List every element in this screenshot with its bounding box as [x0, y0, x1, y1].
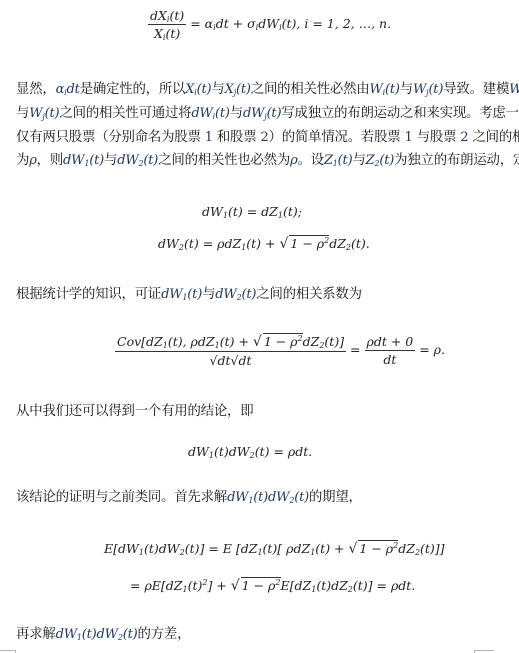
equation-5-line-2: = ρE[dZ1(t)2] + √1 − ρ2E[dZ1(t)dZ2(t)] =… [130, 577, 415, 594]
sqrt-icon: √ [349, 541, 358, 557]
equation-4: dW1(t)dW2(t) = ρdt. [188, 444, 312, 459]
equation-2-line-2: dW2(t) = ρdZ1(t) + √1 − ρ2dZ2(t). [158, 235, 370, 252]
paragraph-2: 根据统计学的知识，可证dW1(t)与dW2(t)之间的相关系数为 [16, 287, 362, 303]
sqrt-icon: √ [231, 578, 240, 594]
paragraph-1-line-2: 与Wj(t)之间的相关性可通过将dWi(t)与dWj(t)写成独立的布朗运动之和… [16, 106, 519, 122]
page-corner-mark-left [0, 650, 15, 651]
eq3-fraction-2: ρdt + 0 dt [365, 334, 416, 367]
paragraph-1-line-4: 为ρ，则dW1(t)与dW2(t)之间的相关性也必然为ρ。设Z1(t)与Z2(t… [16, 153, 519, 169]
paragraph-5: 再求解dW1(t)dW2(t)的方差， [16, 627, 190, 643]
eq3-fraction-1: Cov[dZ1(t), ρdZ1(t) + √1 − ρ2dZ2(t)] √dt… [115, 333, 346, 368]
sqrt-icon: √ [279, 236, 288, 252]
paragraph-1-line-1: 显然，αidt是确定性的，所以Xi(t)与Xj(t)之间的相关性必然由Wi(t)… [16, 82, 519, 98]
paragraph-1-line-3: 仅有两只股票（分别命名为股票 1 和股票 2）的简单情况。若股票 1 与股票 2… [16, 130, 519, 146]
eq1-fraction: dXi(t) Xi(t) [148, 8, 186, 41]
sqrt-icon: √ [253, 334, 262, 350]
paragraph-4: 该结论的证明与之前类同。首先求解dW1(t)dW2(t)的期望， [16, 490, 362, 506]
paragraph-3: 从中我们还可以得到一个有用的结论，即 [16, 404, 253, 420]
equation-1: dXi(t) Xi(t) = αidt + σidWi(t), i = 1, 2… [148, 8, 391, 41]
equation-2-line-1: dW1(t) = dZ1(t); [202, 204, 302, 219]
page-corner-mark-right [474, 650, 494, 651]
equation-3: Cov[dZ1(t), ρdZ1(t) + √1 − ρ2dZ2(t)] √dt… [115, 333, 445, 368]
equation-5-line-1: E[dW1(t)dW2(t)] = E [dZ1(t)[ ρdZ1(t) + √… [104, 540, 445, 557]
